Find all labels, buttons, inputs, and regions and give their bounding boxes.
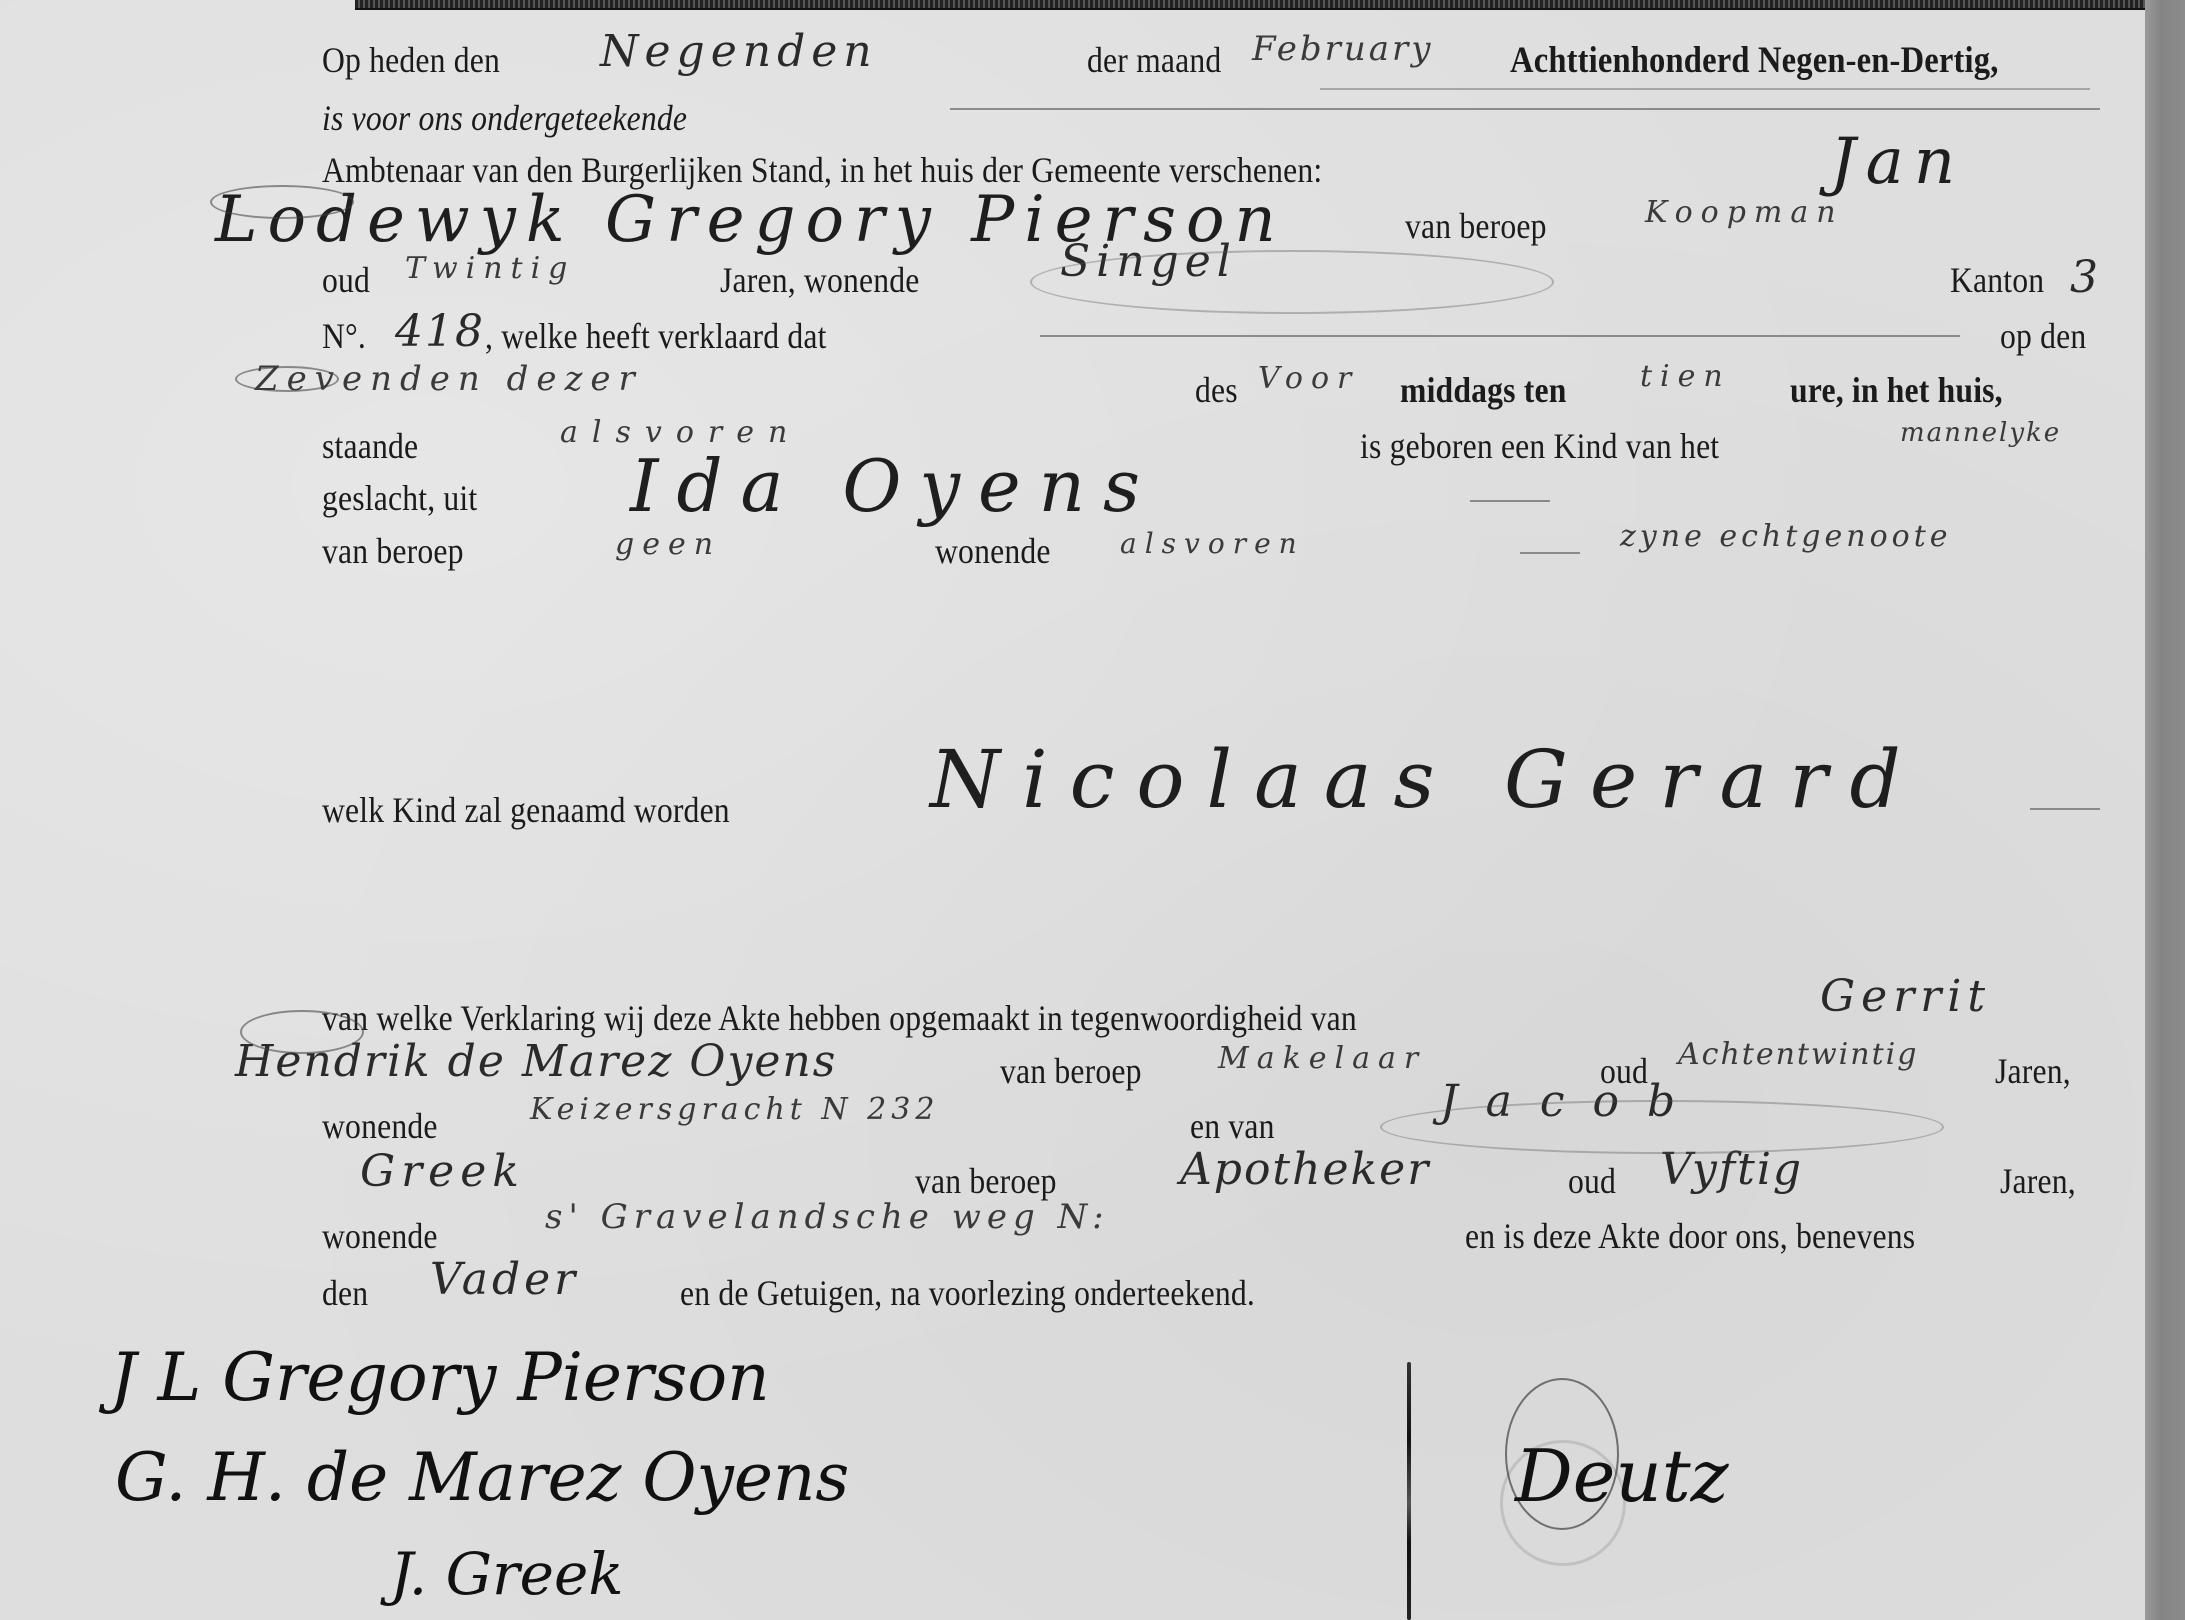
fill-dash bbox=[1520, 552, 1580, 554]
page-edge-shadow bbox=[2145, 0, 2185, 1620]
hand-witness-1-address: Keizersgracht N 232 bbox=[530, 1095, 939, 1125]
printed-text: van beroep bbox=[1000, 1053, 1142, 1089]
hand-witness-1-profession: Makelaar bbox=[1218, 1044, 1426, 1074]
printed-text: Jaren, wonende bbox=[720, 262, 920, 298]
hand-day: Negenden bbox=[600, 30, 878, 74]
printed-text: op den bbox=[2000, 318, 2086, 354]
fill-line bbox=[950, 108, 2100, 110]
hand-witness-1-age: Achtentwintig bbox=[1678, 1040, 1918, 1070]
printed-text: oud bbox=[322, 262, 370, 298]
line-1-month-label: der maand bbox=[1087, 42, 1240, 78]
printed-text: Kanton bbox=[1950, 262, 2044, 298]
handwritten-birth-day: Zevenden dezer bbox=[255, 362, 643, 396]
signature-text: Deutz bbox=[1515, 1440, 1729, 1512]
signature-father: J L Gregory Pierson bbox=[110, 1345, 770, 1411]
line-15-jaren: Jaren, bbox=[2000, 1163, 2086, 1199]
handwritten-house-number: 418 bbox=[395, 310, 485, 354]
signature-registrar: Deutz bbox=[1515, 1440, 1729, 1512]
fill-dash bbox=[1470, 500, 1550, 502]
printed-text: geslacht, uit bbox=[322, 480, 477, 516]
line-13-profession-label: van beroep bbox=[1000, 1053, 1161, 1089]
printed-text: des bbox=[1195, 372, 1238, 408]
handwritten-witness-1-name: Hendrik de Marez Oyens bbox=[235, 1040, 837, 1084]
line-8-born: is geboren een Kind van het bbox=[1360, 428, 1768, 464]
line-5-wonende: Jaren, wonende bbox=[720, 262, 947, 298]
printed-text: van beroep bbox=[1405, 208, 1547, 244]
hand-voor: Voor bbox=[1258, 364, 1359, 394]
printed-text: van welke Verklaring wij deze Akte hebbe… bbox=[322, 1000, 1357, 1036]
hand-witness-2-address: s' Gravelandsche weg N: bbox=[545, 1200, 1110, 1234]
top-decorative-border bbox=[355, 0, 2145, 10]
hand-mother-residence: alsvoren bbox=[1120, 530, 1305, 558]
printed-text: Op heden den bbox=[322, 42, 500, 78]
handwritten-witness-2-profession: Apotheker bbox=[1180, 1148, 1430, 1192]
hand-child-name: Nicolaas Gerard bbox=[930, 740, 1923, 820]
printed-text: van beroep bbox=[915, 1163, 1057, 1199]
line-11: welk Kind zal genaamd worden bbox=[322, 792, 785, 828]
hand-witness-2-age: Vyftig bbox=[1660, 1148, 1803, 1192]
line-7-des: des bbox=[1195, 372, 1244, 408]
line-17: den bbox=[322, 1275, 375, 1311]
printed-text: den bbox=[322, 1275, 368, 1311]
handwritten-witness-2-surname: Greek bbox=[360, 1150, 525, 1194]
printed-text: wonende bbox=[935, 533, 1051, 569]
line-10: van beroep bbox=[322, 533, 483, 569]
printed-text: Jaren, bbox=[2000, 1163, 2076, 1199]
handwritten-sex: mannelyke bbox=[1900, 420, 2061, 446]
signature-witness-1: G. H. de Marez Oyens bbox=[115, 1445, 849, 1511]
hand-house-number: 418 bbox=[395, 310, 485, 354]
line-15-profession-label: van beroep bbox=[915, 1163, 1076, 1199]
line-8: staande bbox=[322, 428, 431, 464]
line-6-op-den: op den bbox=[2000, 318, 2098, 354]
handwritten-morning: Voor bbox=[1258, 364, 1359, 394]
line-16: wonende bbox=[322, 1218, 453, 1254]
handwritten-first-name: Jan bbox=[1830, 130, 1965, 194]
hand-profession: Koopman bbox=[1645, 198, 1844, 228]
printed-text: der maand bbox=[1087, 42, 1221, 78]
printed-text: oud bbox=[1568, 1163, 1616, 1199]
line-2: is voor ons ondergeteekende bbox=[322, 100, 737, 136]
hand-sex: mannelyke bbox=[1900, 420, 2061, 446]
hand-witness-1-first: Gerrit bbox=[1820, 975, 1991, 1019]
signature-witness-2: J. Greek bbox=[390, 1545, 623, 1603]
hand-age: Twintig bbox=[405, 254, 575, 284]
fill-dash bbox=[2030, 808, 2100, 810]
hand-witness-1-name: Hendrik de Marez Oyens bbox=[235, 1040, 837, 1084]
hand-mother-name: Ida Oyens bbox=[630, 450, 1158, 522]
pen-stroke bbox=[1320, 88, 2090, 90]
line-1: Op heden den bbox=[322, 42, 524, 78]
handwritten-mother-profession: geen bbox=[615, 530, 721, 560]
line-6: N°. bbox=[322, 318, 372, 354]
printed-text: welk Kind zal genaamd worden bbox=[322, 792, 730, 828]
printed-text: van beroep bbox=[322, 533, 464, 569]
hand-kanton: 3 bbox=[2070, 256, 2098, 300]
line-4-profession-label: van beroep bbox=[1405, 208, 1566, 244]
handwritten-street: Singel bbox=[1060, 240, 1237, 284]
line-5: oud bbox=[322, 262, 377, 298]
printed-year: Achttienhonderd Negen-en-Dertig, bbox=[1510, 42, 1999, 79]
handwritten-witness-2-first-name: Jacob bbox=[1440, 1080, 1703, 1124]
line-14: wonende bbox=[322, 1108, 453, 1144]
hand-witness-2-surname: Greek bbox=[360, 1150, 525, 1194]
line-16-akte: en is deze Akte door ons, benevens bbox=[1465, 1218, 1977, 1254]
signature-text: J L Gregory Pierson bbox=[110, 1345, 770, 1411]
handwritten-witness-1-profession: Makelaar bbox=[1218, 1044, 1426, 1074]
printed-text: staande bbox=[322, 428, 418, 464]
line-17-closing: en de Getuigen, na voorlezing onderteeke… bbox=[680, 1275, 1333, 1311]
fill-line bbox=[1040, 335, 1960, 337]
printed-text: , welke heeft verklaard dat bbox=[485, 318, 827, 354]
printed-text: is geboren een Kind van het bbox=[1360, 428, 1719, 464]
printed-text: wonende bbox=[322, 1218, 438, 1254]
handwritten-kanton-number: 3 bbox=[2070, 256, 2098, 300]
printed-text: en de Getuigen, na voorlezing onderteeke… bbox=[680, 1275, 1255, 1311]
line-5-kanton: Kanton bbox=[1950, 262, 2057, 298]
handwritten-day: Negenden bbox=[600, 30, 878, 74]
printed-text: ure, in het huis, bbox=[1790, 372, 2003, 408]
line-6-declared: , welke heeft verklaard dat bbox=[485, 318, 873, 354]
handwritten-child-name: Nicolaas Gerard bbox=[930, 740, 1923, 820]
handwritten-age: Twintig bbox=[405, 254, 575, 284]
hand-street: Singel bbox=[1060, 240, 1237, 284]
hand-birth-day: Zevenden dezer bbox=[255, 362, 643, 396]
handwritten-witness-1-age: Achtentwintig bbox=[1678, 1040, 1918, 1070]
signature-text: J. Greek bbox=[390, 1545, 623, 1603]
line-10-wonende: wonende bbox=[935, 533, 1066, 569]
signature-text: G. H. de Marez Oyens bbox=[115, 1445, 849, 1511]
line-9: geslacht, uit bbox=[322, 480, 499, 516]
line-12: van welke Verklaring wij deze Akte hebbe… bbox=[322, 1000, 1498, 1036]
handwritten-month: February bbox=[1252, 32, 1434, 66]
handwritten-witness-2-address: s' Gravelandsche weg N: bbox=[545, 1200, 1110, 1234]
hand-first-name: Jan bbox=[1830, 130, 1965, 194]
printed-text: middags ten bbox=[1400, 372, 1567, 408]
line-13-jaren: Jaren, bbox=[1995, 1053, 2081, 1089]
printed-text: is voor ons ondergeteekende bbox=[322, 100, 687, 136]
handwritten-hour: tien bbox=[1640, 362, 1731, 392]
handwritten-witness-2-age: Vyftig bbox=[1660, 1148, 1803, 1192]
handwritten-witness-1-first-name: Gerrit bbox=[1820, 975, 1991, 1019]
hand-witness-2-profession: Apotheker bbox=[1180, 1148, 1430, 1192]
hand-mother-profession: geen bbox=[615, 530, 721, 560]
line-15-oud: oud bbox=[1568, 1163, 1623, 1199]
register-page: Op heden den Negenden der maand February… bbox=[0, 0, 2145, 1620]
handwritten-declarant-role: Vader bbox=[430, 1258, 579, 1302]
printed-text: en is deze Akte door ons, benevens bbox=[1465, 1218, 1915, 1254]
printed-text: N°. bbox=[322, 318, 366, 354]
handwritten-mother-name: Ida Oyens bbox=[630, 450, 1158, 522]
line-14-en-van: en van bbox=[1190, 1108, 1286, 1144]
line-1-year: Achttienhonderd Negen-en-Dertig, bbox=[1510, 42, 2065, 79]
vertical-divider bbox=[1407, 1362, 1411, 1620]
handwritten-witness-1-address: Keizersgracht N 232 bbox=[530, 1095, 939, 1125]
hand-spouse: zyne echtgenoote bbox=[1620, 522, 1952, 552]
printed-text: en van bbox=[1190, 1108, 1275, 1144]
handwritten-profession: Koopman bbox=[1645, 198, 1844, 228]
line-7-ure: ure, in het huis, bbox=[1790, 372, 2032, 408]
printed-text: wonende bbox=[322, 1108, 438, 1144]
hand-month: February bbox=[1252, 32, 1434, 66]
printed-text: Jaren, bbox=[1995, 1053, 2071, 1089]
line-7-middags: middags ten bbox=[1400, 372, 1589, 408]
handwritten-mother-residence: alsvoren bbox=[1120, 530, 1305, 558]
hand-witness-2-first: Jacob bbox=[1440, 1080, 1703, 1124]
handwritten-spouse-note: zyne echtgenoote bbox=[1620, 522, 1952, 552]
hand-vader: Vader bbox=[430, 1258, 579, 1302]
hand-hour: tien bbox=[1640, 362, 1731, 392]
